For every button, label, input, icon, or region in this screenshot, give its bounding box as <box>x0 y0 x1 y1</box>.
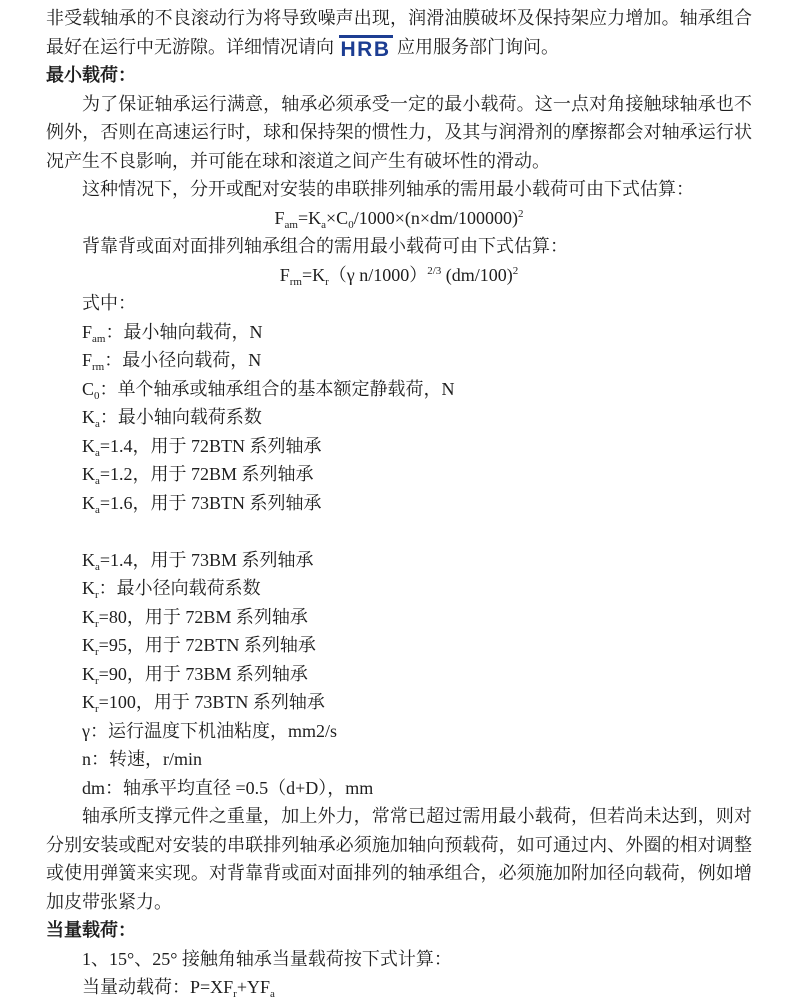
text-run: (dm/100) <box>441 265 513 285</box>
subscript: a <box>270 988 275 1000</box>
section-heading-1: 最小载荷： <box>46 61 752 90</box>
text-run: F <box>82 322 92 342</box>
text-run: F <box>275 208 285 228</box>
text-run: K <box>82 692 95 712</box>
text-run: C <box>82 379 94 399</box>
text-run: n：转速，r/min <box>82 749 202 769</box>
text-run: 这种情况下，分开或配对安装的串联排列轴承的需用最小载荷可由下式估算： <box>82 179 694 199</box>
paragraph-3: 这种情况下，分开或配对安装的串联排列轴承的需用最小载荷可由下式估算： <box>46 175 752 204</box>
formula-6: Frm=Kr（γ n/1000）2/3 (dm/100)2 <box>46 261 752 290</box>
superscript: 2/3 <box>427 265 441 277</box>
text-run: ：最小轴向载荷，N <box>105 322 262 342</box>
text-run: =1.6，用于 73BTN 系列轴承 <box>100 493 322 513</box>
text-run: K <box>82 464 95 484</box>
text-run: dm：轴承平均直径 =0.5（d+D），mm <box>82 778 373 798</box>
superscript: 2 <box>513 265 519 277</box>
text-run: F <box>82 350 92 370</box>
paragraph-7: 式中： <box>46 289 752 318</box>
text-run: ：单个轴承或轴承组合的基本额定静载荷，N <box>100 379 455 399</box>
section-heading-26: 当量载荷： <box>46 916 752 945</box>
definition-line-20: Kr=90，用于 73BM 系列轴承 <box>46 660 752 689</box>
text-run: 轴承所支撑元件之重量，加上外力，常常已超过需用最小载荷，但若尚未达到，则对分别安… <box>46 806 752 912</box>
text-run: =90，用于 73BM 系列轴承 <box>99 664 308 684</box>
definition-line-12: Ka=1.4，用于 72BTN 系列轴承 <box>46 432 752 461</box>
text-run: =1.4，用于 72BTN 系列轴承 <box>100 436 322 456</box>
definition-line-13: Ka=1.2，用于 72BM 系列轴承 <box>46 460 752 489</box>
text-run: ：最小轴向载荷系数 <box>100 407 262 427</box>
definition-line-16: Ka=1.4，用于 73BM 系列轴承 <box>46 546 752 575</box>
definition-line-14: Ka=1.6，用于 73BTN 系列轴承 <box>46 489 752 518</box>
text-run: K <box>82 550 95 570</box>
text-run: +YF <box>237 977 270 997</box>
text-run: K <box>82 493 95 513</box>
text-run: 1、15°、25° 接触角轴承当量载荷按下式计算： <box>82 949 452 969</box>
definition-line-22: γ：运行温度下机油粘度，mm2/s <box>46 717 752 746</box>
definition-line-9: Frm：最小径向载荷，N <box>46 346 752 375</box>
document-body: 非受载轴承的不良滚动行为将导致噪声出现，润滑油膜破坏及保持架应力增加。轴承组合最… <box>46 4 752 1000</box>
text-run: 式中： <box>82 293 136 313</box>
definition-line-17: Kr：最小径向载荷系数 <box>46 574 752 603</box>
subscript: rm <box>290 276 302 288</box>
definition-line-10: C0：单个轴承或轴承组合的基本额定静载荷，N <box>46 375 752 404</box>
text-run: /1000×(n×dm/100000) <box>354 208 518 228</box>
definition-line-18: Kr=80，用于 72BM 系列轴承 <box>46 603 752 632</box>
text-run: K <box>82 664 95 684</box>
paragraph-0: 非受载轴承的不良滚动行为将导致噪声出现，润滑油膜破坏及保持架应力增加。轴承组合最… <box>46 4 752 61</box>
text-run: =K <box>298 208 321 228</box>
paragraph-2: 为了保证轴承运行满意，轴承必须承受一定的最小载荷。这一点对角接触球轴承也不例外，… <box>46 90 752 176</box>
text-run: =100，用于 73BTN 系列轴承 <box>99 692 325 712</box>
text-run: =80，用于 72BM 系列轴承 <box>99 607 308 627</box>
definition-line-11: Ka：最小轴向载荷系数 <box>46 403 752 432</box>
text-run: ×C <box>326 208 348 228</box>
text-run: =K <box>302 265 325 285</box>
definition-line-21: Kr=100，用于 73BTN 系列轴承 <box>46 688 752 717</box>
formula-4: Fam=Ka×C0/1000×(n×dm/100000)2 <box>46 204 752 233</box>
text-run: 当量动载荷：P=XF <box>82 977 233 997</box>
superscript: 2 <box>518 208 524 220</box>
definition-line-24: dm：轴承平均直径 =0.5（d+D），mm <box>46 774 752 803</box>
text-run: 应用服务部门询问。 <box>393 37 560 57</box>
text-run: 最小载荷： <box>46 65 136 85</box>
text-run: ：最小径向载荷，N <box>104 350 261 370</box>
definition-line-19: Kr=95，用于 72BTN 系列轴承 <box>46 631 752 660</box>
paragraph-27: 1、15°、25° 接触角轴承当量载荷按下式计算： <box>46 945 752 974</box>
blank-line-15 <box>46 517 752 546</box>
subscript: am <box>92 333 105 345</box>
text-run: K <box>82 436 95 456</box>
text-run: K <box>82 578 95 598</box>
subscript: am <box>285 219 298 231</box>
paragraph-28: 当量动载荷：P=XFr+YFa <box>46 973 752 1000</box>
text-run: =95，用于 72BTN 系列轴承 <box>99 635 316 655</box>
paragraph-25: 轴承所支撑元件之重量，加上外力，常常已超过需用最小载荷，但若尚未达到，则对分别安… <box>46 802 752 916</box>
text-run: K <box>82 407 95 427</box>
text-run: 当量载荷： <box>46 920 136 940</box>
text-run: F <box>280 265 290 285</box>
text-run: γ：运行温度下机油粘度，mm2/s <box>82 721 337 741</box>
text-run: （γ n/1000） <box>329 265 427 285</box>
definition-line-8: Fam：最小轴向载荷，N <box>46 318 752 347</box>
text-run: K <box>82 635 95 655</box>
paragraph-5: 背靠背或面对面排列轴承组合的需用最小载荷可由下式估算： <box>46 232 752 261</box>
hrb-logo: HRB <box>339 35 393 60</box>
definition-line-23: n：转速，r/min <box>46 745 752 774</box>
text-run: =1.2，用于 72BM 系列轴承 <box>100 464 314 484</box>
text-run: K <box>82 607 95 627</box>
text-run: 背靠背或面对面排列轴承组合的需用最小载荷可由下式估算： <box>82 236 568 256</box>
text-run: =1.4，用于 73BM 系列轴承 <box>100 550 314 570</box>
document-page: 非受载轴承的不良滚动行为将导致噪声出现，润滑油膜破坏及保持架应力增加。轴承组合最… <box>0 0 800 1000</box>
text-run: 为了保证轴承运行满意，轴承必须承受一定的最小载荷。这一点对角接触球轴承也不例外，… <box>46 94 752 171</box>
text-run: ：最小径向载荷系数 <box>99 578 261 598</box>
subscript: rm <box>92 361 104 373</box>
